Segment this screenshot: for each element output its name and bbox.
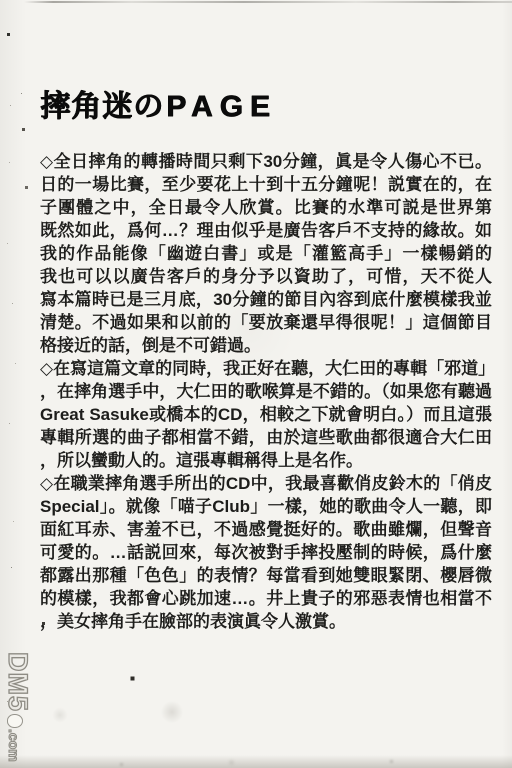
paragraph: ◇全日摔角的轉播時間只剩下30分鐘，眞是令人傷心不已。全日的一場比賽，至少要花上… [40, 150, 492, 357]
text-line: Special」。就像「喵子Club」一樣，她的歌曲令人一聽，即 [40, 495, 492, 518]
text-line: ◇在寫這篇文章的同時，我正好在聽，大仁田的專輯「邪道」 [40, 357, 492, 380]
text-line: ，所以蠻動人的。這張專輯稱得上是名作。 [40, 449, 492, 472]
text-line: 子團體之中，全日最令人欣賞。比賽的水準可説是世界第一。 [40, 196, 492, 219]
scan-bottom-edge-artifact [0, 755, 512, 768]
paragraph: ◇在職業摔角選手所出的CD中，我最喜歡俏皮鈴木的「俏皮Special」。就像「喵… [40, 472, 492, 633]
scan-noise-specks [0, 0, 3, 3]
text-line: 可愛的。…話説回來，每次被對手摔投壓制的時候，爲什麼她 [40, 541, 492, 564]
scan-top-edge-artifact [24, 1, 512, 3]
text-line: ，在摔角選手中，大仁田的歌喉算是不錯的。（如果您有聽過 [40, 380, 492, 403]
watermark-brand-text: DM5 [3, 652, 33, 712]
text-line: 我也可以以廣告客戶的身分予以資助了，可惜，天不從人願！ [40, 265, 492, 288]
text-line: 日的一場比賽，至少要花上十到十五分鐘呢！説實在的，在男 [40, 173, 492, 196]
page-title-latin: PAGE [166, 90, 277, 123]
text-line: 清楚。不過如果和以前的「要放棄還早得很呢！」這個節目風 [40, 311, 492, 334]
text-line: 既然如此，爲何…？理由似乎是廣告客戶不支持的緣故。如果 [40, 219, 492, 242]
text-line: Great Sasuke或橋本的CD，相較之下就會明白。）而且這張 [40, 403, 492, 426]
watermark-mascot-icon [7, 714, 23, 728]
text-line: 寫本篇時已是三月底，30分鐘的節目內容到底什麼模樣我並不 [40, 288, 492, 311]
dm5-watermark: DM5.com [2, 652, 33, 762]
page-title-cjk: 摔角迷の [40, 90, 164, 123]
article: ◇全日摔角的轉播時間只剩下30分鐘，眞是令人傷心不已。全日的一場比賽，至少要花上… [40, 150, 492, 633]
text-line: ，美女摔角手在臉部的表演眞令人激賞。 [40, 610, 492, 633]
text-line: 面紅耳赤、害羞不已，不過感覺挺好的。歌曲雖爛，但聲音蠻 [40, 518, 492, 541]
page-title: 摔角迷のPAGE [40, 90, 277, 124]
text-line: 格接近的話，倒是不可錯過。 [40, 334, 492, 357]
text-line: 都露出那種「色色」的表情？每當看到她雙眼緊閉、櫻唇微張 [40, 564, 492, 587]
text-line: ◇在職業摔角選手所出的CD中，我最喜歡俏皮鈴木的「俏皮 [40, 472, 492, 495]
scanned-page: { "page": { "title": { "cjk": "摔角迷の", "l… [0, 0, 512, 768]
text-line: 專輯所選的曲子都相當不錯，由於這些歌曲都很適合大仁田唱 [40, 426, 492, 449]
text-line: 我的作品能像「幽遊白書」或是「灌籃高手」一樣暢銷的話， [40, 242, 492, 265]
text-line: ◇全日摔角的轉播時間只剩下30分鐘，眞是令人傷心不已。全 [40, 150, 492, 173]
paragraph: ◇在寫這篇文章的同時，我正好在聽，大仁田的專輯「邪道」，在摔角選手中，大仁田的歌… [40, 357, 492, 472]
text-line: 的模樣，我都會心跳加速…。井上貴子的邪惡表情也相當不錯 [40, 587, 492, 610]
